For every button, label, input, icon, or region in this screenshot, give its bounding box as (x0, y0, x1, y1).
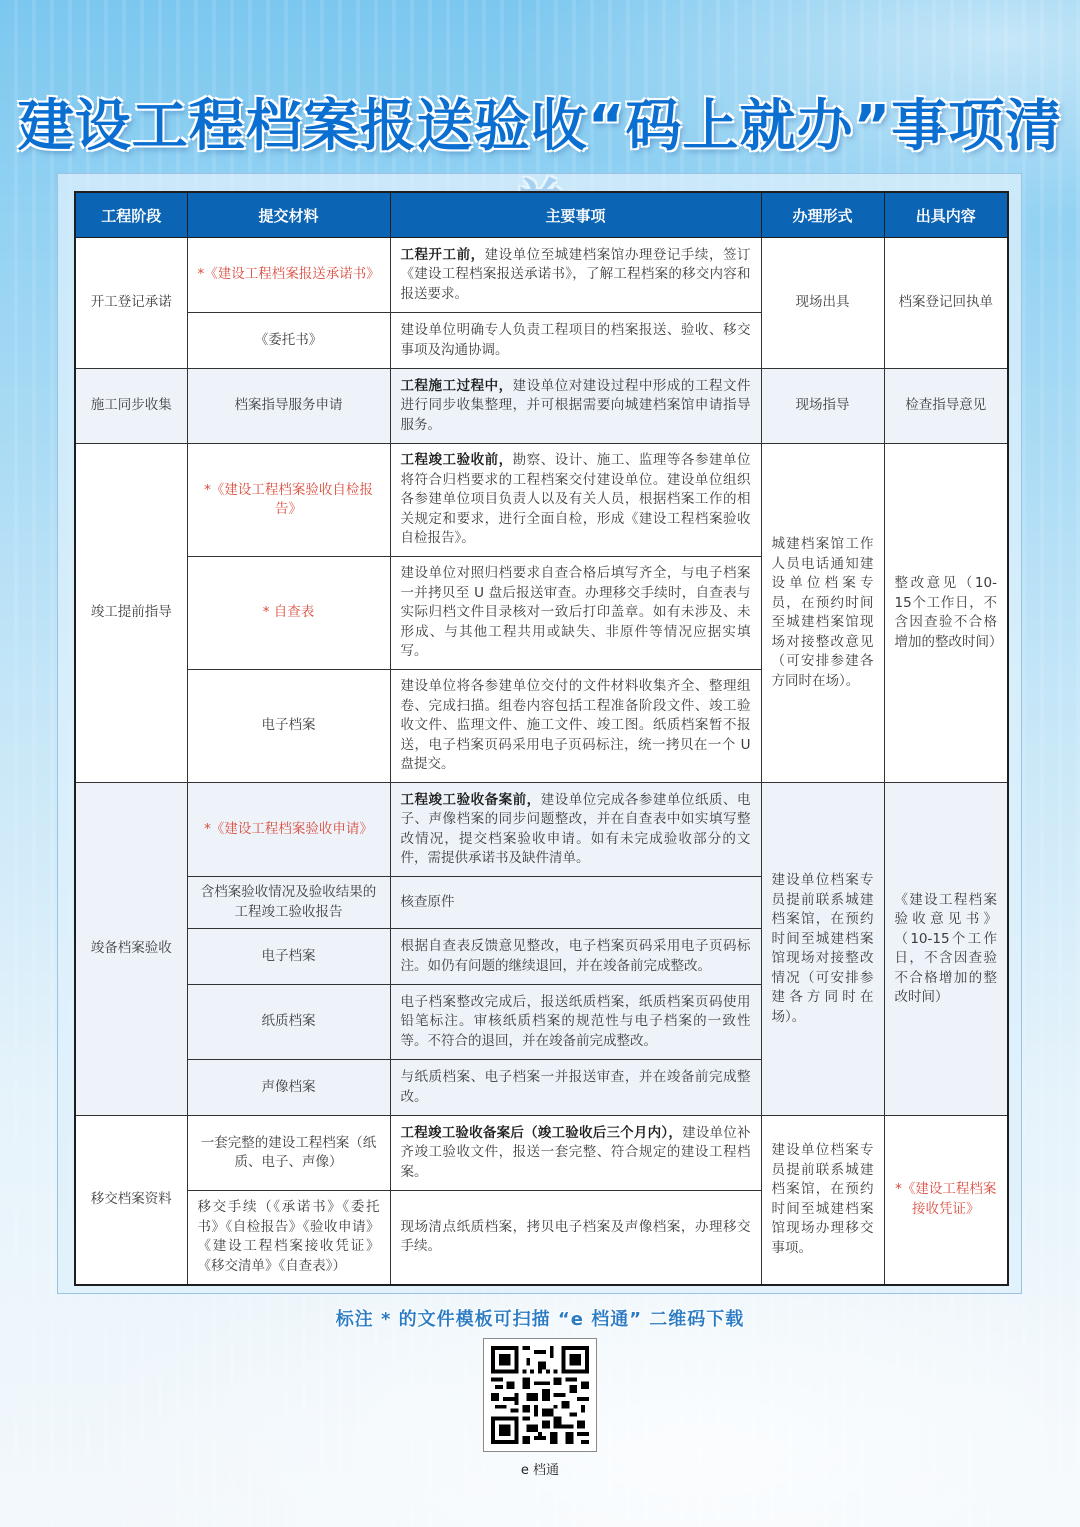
form-cell: 现场出具 (761, 238, 884, 369)
item-text: 电子档案整改完成后，报送纸质档案，纸质档案页码使用铅笔标注。审核纸质档案的规范性… (401, 994, 751, 1049)
output-cell: 《建设工程档案验收意见书》（10-15个工作日，不含因查验不合格增加的整改时间） (884, 783, 1008, 1116)
item-cell: 现场清点纸质档案，拷贝电子档案及声像档案，办理移交手续。 (390, 1191, 761, 1285)
material-cell: *《建设工程档案报送承诺书》 (187, 238, 390, 313)
stage-cell: 竣工提前指导 (75, 444, 187, 783)
item-cell: 工程开工前，建设单位至城建档案馆办理登记手续，签订《建设工程档案报送承诺书》，了… (390, 238, 761, 313)
item-text: 现场清点纸质档案，拷贝电子档案及声像档案，办理移交手续。 (401, 1219, 751, 1255)
item-cell: 工程竣工验收备案前，建设单位完成各参建单位纸质、电子、声像档案的同步问题整改，并… (390, 783, 761, 877)
form-cell: 城建档案馆工作人员电话通知建设单位档案专员，在预约时间至城建档案馆现场对接整改意… (761, 444, 884, 783)
item-lead: 工程施工过程中， (401, 378, 513, 394)
item-text: 建设单位明确专人负责工程项目的档案报送、验收、移交事项及沟通协调。 (401, 322, 751, 358)
material-cell: 电子档案 (187, 670, 390, 783)
material-cell: 电子档案 (187, 929, 390, 985)
item-cell: 工程施工过程中，建设单位对建设过程中形成的工程文件进行同步收集整理，并可根据需要… (390, 369, 761, 444)
header-handling-form: 办理形式 (761, 192, 884, 238)
header-main-items: 主要事项 (390, 192, 761, 238)
material-cell: 声像档案 (187, 1060, 390, 1116)
item-lead: 工程竣工验收备案后（竣工验收后三个月内）， (401, 1125, 683, 1141)
output-cell: 检查指导意见 (884, 369, 1008, 444)
stage-cell: 施工同步收集 (75, 369, 187, 444)
material-cell: * 自查表 (187, 557, 390, 670)
material-cell: 移交手续（《承诺书》《委托书》《自检报告》《验收申请》《建设工程档案接收凭证》《… (187, 1191, 390, 1285)
table-row: 竣备档案验收 *《建设工程档案验收申请》 工程竣工验收备案前，建设单位完成各参建… (75, 783, 1008, 877)
item-text: 建设单位将各参建单位交付的文件材料收集齐全、整理组卷、完成扫描。组卷内容包括工程… (401, 678, 751, 772)
table-row: 施工同步收集 档案指导服务申请 工程施工过程中，建设单位对建设过程中形成的工程文… (75, 369, 1008, 444)
header-materials: 提交材料 (187, 192, 390, 238)
item-text: 根据自查表反馈意见整改，电子档案页码采用电子页码标注。如仍有问题的继续退回，并在… (401, 938, 751, 974)
item-text: 建设单位对照归档要求自查合格后填写齐全，与电子档案一并拷贝至 U 盘后报送审查。… (401, 565, 751, 659)
material-cell: 《委托书》 (187, 313, 390, 369)
header-output: 出具内容 (884, 192, 1008, 238)
table-row: 移交档案资料 一套完整的建设工程档案（纸质、电子、声像） 工程竣工验收备案后（竣… (75, 1116, 1008, 1191)
output-cell: 整改意见（10-15个工作日，不含因查验不合格增加的整改时间） (884, 444, 1008, 783)
header-stage: 工程阶段 (75, 192, 187, 238)
table-row: 竣工提前指导 *《建设工程档案验收自检报告》 工程竣工验收前，勘察、设计、施工、… (75, 444, 1008, 557)
item-cell: 核查原件 (390, 877, 761, 929)
item-cell: 与纸质档案、电子档案一并报送审查，并在竣备前完成整改。 (390, 1060, 761, 1116)
stage-cell: 开工登记承诺 (75, 238, 187, 369)
item-cell: 工程竣工验收前，勘察、设计、施工、监理等各参建单位将符合归档要求的工程档案交付建… (390, 444, 761, 557)
stage-cell: 移交档案资料 (75, 1116, 187, 1285)
item-lead: 工程竣工验收备案前， (401, 792, 541, 808)
qr-label: e 档通 (483, 1459, 597, 1478)
item-cell: 电子档案整改完成后，报送纸质档案，纸质档案页码使用铅笔标注。审核纸质档案的规范性… (390, 985, 761, 1060)
form-cell: 现场指导 (761, 369, 884, 444)
item-cell: 建设单位对照归档要求自查合格后填写齐全，与电子档案一并拷贝至 U 盘后报送审查。… (390, 557, 761, 670)
download-note: 标注 * 的文件模板可扫描 “e 档通” 二维码下载 (0, 1305, 1080, 1331)
form-cell: 建设单位档案专员提前联系城建档案馆，在预约时间至城建档案馆现场对接整改情况（可安… (761, 783, 884, 1116)
item-lead: 工程竣工验收前， (401, 452, 513, 468)
output-cell: *《建设工程档案接收凭证》 (884, 1116, 1008, 1285)
output-cell: 档案登记回执单 (884, 238, 1008, 369)
material-cell: *《建设工程档案验收申请》 (187, 783, 390, 877)
qr-code-graphic (491, 1346, 589, 1444)
item-lead: 工程开工前， (401, 247, 485, 263)
table-row: 开工登记承诺 *《建设工程档案报送承诺书》 工程开工前，建设单位至城建档案馆办理… (75, 238, 1008, 313)
table-header-row: 工程阶段 提交材料 主要事项 办理形式 出具内容 (75, 192, 1008, 238)
item-cell: 根据自查表反馈意见整改，电子档案页码采用电子页码标注。如仍有问题的继续退回，并在… (390, 929, 761, 985)
item-cell: 建设单位将各参建单位交付的文件材料收集齐全、整理组卷、完成扫描。组卷内容包括工程… (390, 670, 761, 783)
material-cell: 纸质档案 (187, 985, 390, 1060)
stage-cell: 竣备档案验收 (75, 783, 187, 1116)
material-cell: *《建设工程档案验收自检报告》 (187, 444, 390, 557)
material-cell: 档案指导服务申请 (187, 369, 390, 444)
item-text: 与纸质档案、电子档案一并报送审查，并在竣备前完成整改。 (401, 1069, 751, 1105)
item-cell: 工程竣工验收备案后（竣工验收后三个月内），建设单位补齐竣工验收文件，报送一套完整… (390, 1116, 761, 1191)
checklist-table: 工程阶段 提交材料 主要事项 办理形式 出具内容 开工登记承诺 *《建设工程档案… (74, 191, 1009, 1286)
qr-code-icon[interactable] (483, 1338, 597, 1452)
material-cell: 一套完整的建设工程档案（纸质、电子、声像） (187, 1116, 390, 1191)
item-text: 核查原件 (401, 894, 455, 910)
material-cell: 含档案验收情况及验收结果的工程竣工验收报告 (187, 877, 390, 929)
item-cell: 建设单位明确专人负责工程项目的档案报送、验收、移交事项及沟通协调。 (390, 313, 761, 369)
form-cell: 建设单位档案专员提前联系城建档案馆，在预约时间至城建档案馆现场办理移交事项。 (761, 1116, 884, 1285)
